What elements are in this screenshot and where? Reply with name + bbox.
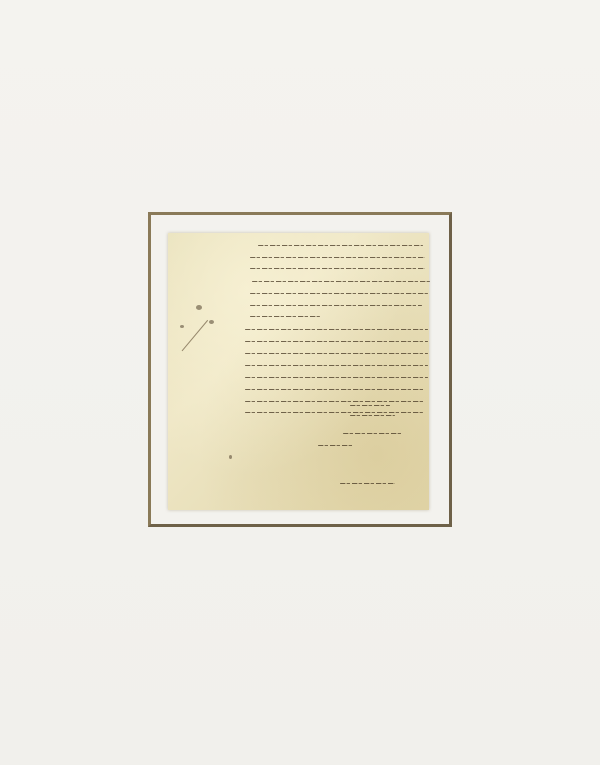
manuscript-paper xyxy=(168,233,429,510)
ink-stain xyxy=(229,455,232,459)
ink-stain xyxy=(196,305,202,310)
ink-stain xyxy=(180,325,184,328)
ink-stain xyxy=(209,320,214,324)
